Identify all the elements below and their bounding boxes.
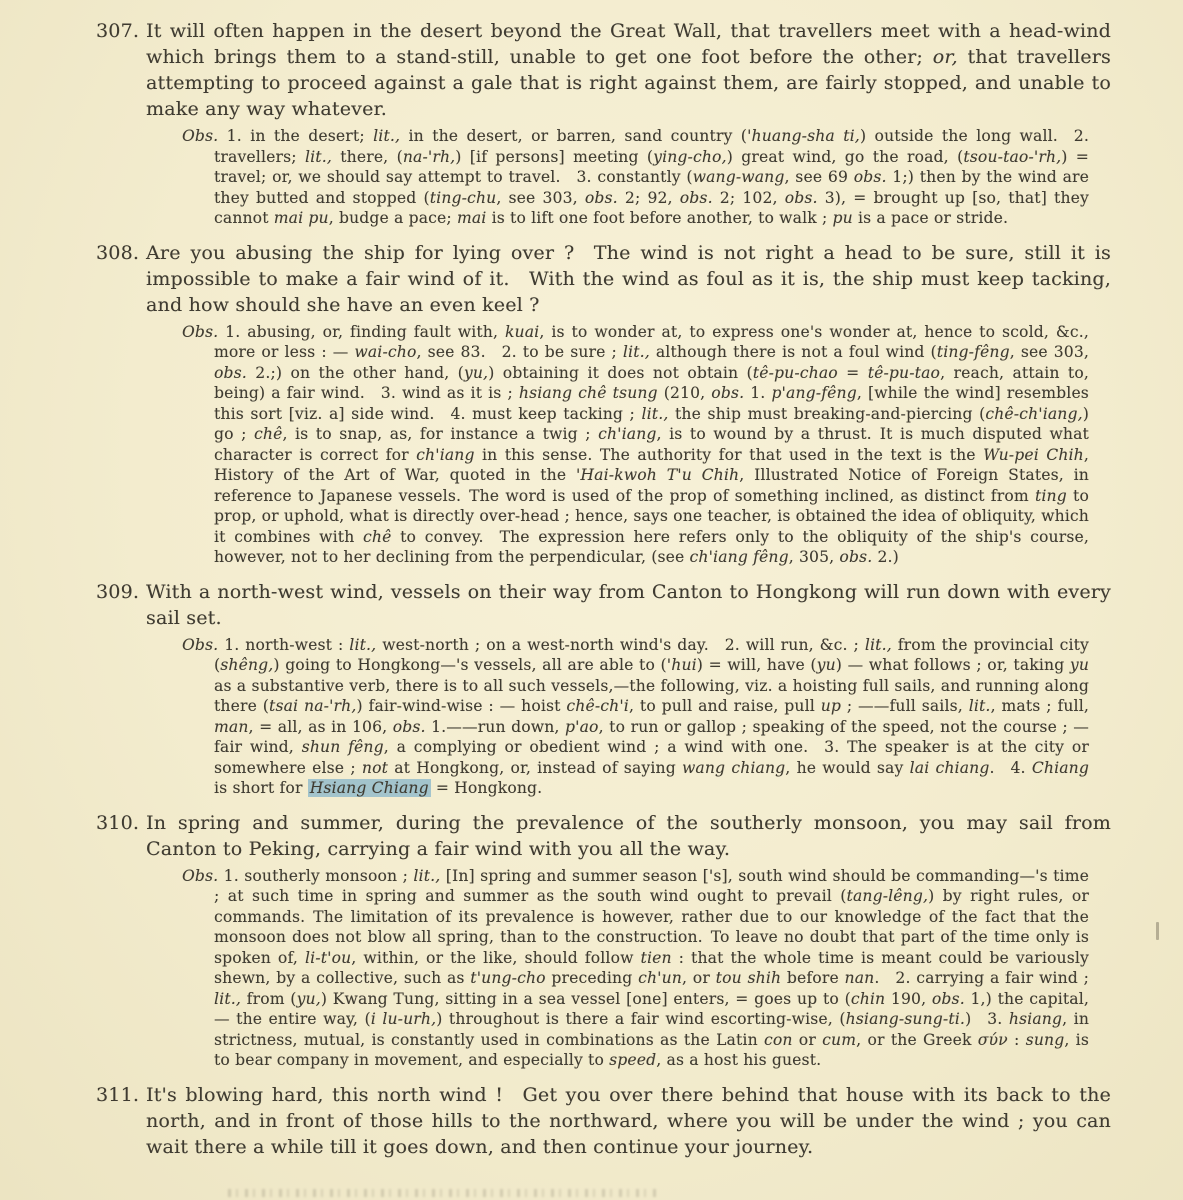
paragraph-text: It's blowing hard, this north wind ! Get… bbox=[146, 1082, 1111, 1160]
observations-310: Obs. 1. southerly monsoon ; lit., [In] s… bbox=[182, 866, 1089, 1071]
entry-308: 308. Are you abusing the ship for lying … bbox=[96, 240, 1111, 568]
entry-307: 307. It will often happen in the desert … bbox=[96, 18, 1111, 229]
scan-artifact bbox=[1156, 922, 1159, 940]
paragraph-number: 310. bbox=[96, 810, 146, 862]
paragraph-310: 310. In spring and summer, during the pr… bbox=[96, 810, 1111, 862]
entry-310: 310. In spring and summer, during the pr… bbox=[96, 810, 1111, 1071]
paragraph-text: It will often happen in the desert beyon… bbox=[146, 18, 1111, 122]
entry-311: 311. It's blowing hard, this north wind … bbox=[96, 1082, 1111, 1160]
paragraph-number: 309. bbox=[96, 579, 146, 631]
paragraph-text: With a north-west wind, vessels on their… bbox=[146, 579, 1111, 631]
paragraph-number: 311. bbox=[96, 1082, 146, 1160]
observations-307: Obs. 1. in the desert; lit., in the dese… bbox=[182, 126, 1089, 229]
paragraph-311: 311. It's blowing hard, this north wind … bbox=[96, 1082, 1111, 1160]
paragraph-307: 307. It will often happen in the desert … bbox=[96, 18, 1111, 122]
entry-309: 309. With a north-west wind, vessels on … bbox=[96, 579, 1111, 799]
observations-308: Obs. 1. abusing, or, finding fault with,… bbox=[182, 322, 1089, 568]
cutoff-line-artifact bbox=[228, 1189, 658, 1197]
paragraph-text: In spring and summer, during the prevale… bbox=[146, 810, 1111, 862]
paragraph-number: 308. bbox=[96, 240, 146, 318]
paragraph-text: Are you abusing the ship for lying over … bbox=[146, 240, 1111, 318]
highlighted-text: Hsiang Chiang bbox=[308, 779, 431, 797]
paragraph-309: 309. With a north-west wind, vessels on … bbox=[96, 579, 1111, 631]
paragraph-number: 307. bbox=[96, 18, 146, 122]
observations-309: Obs. 1. north-west : lit., west-north ; … bbox=[182, 635, 1089, 799]
book-page: 307. It will often happen in the desert … bbox=[0, 0, 1183, 1200]
paragraph-308: 308. Are you abusing the ship for lying … bbox=[96, 240, 1111, 318]
